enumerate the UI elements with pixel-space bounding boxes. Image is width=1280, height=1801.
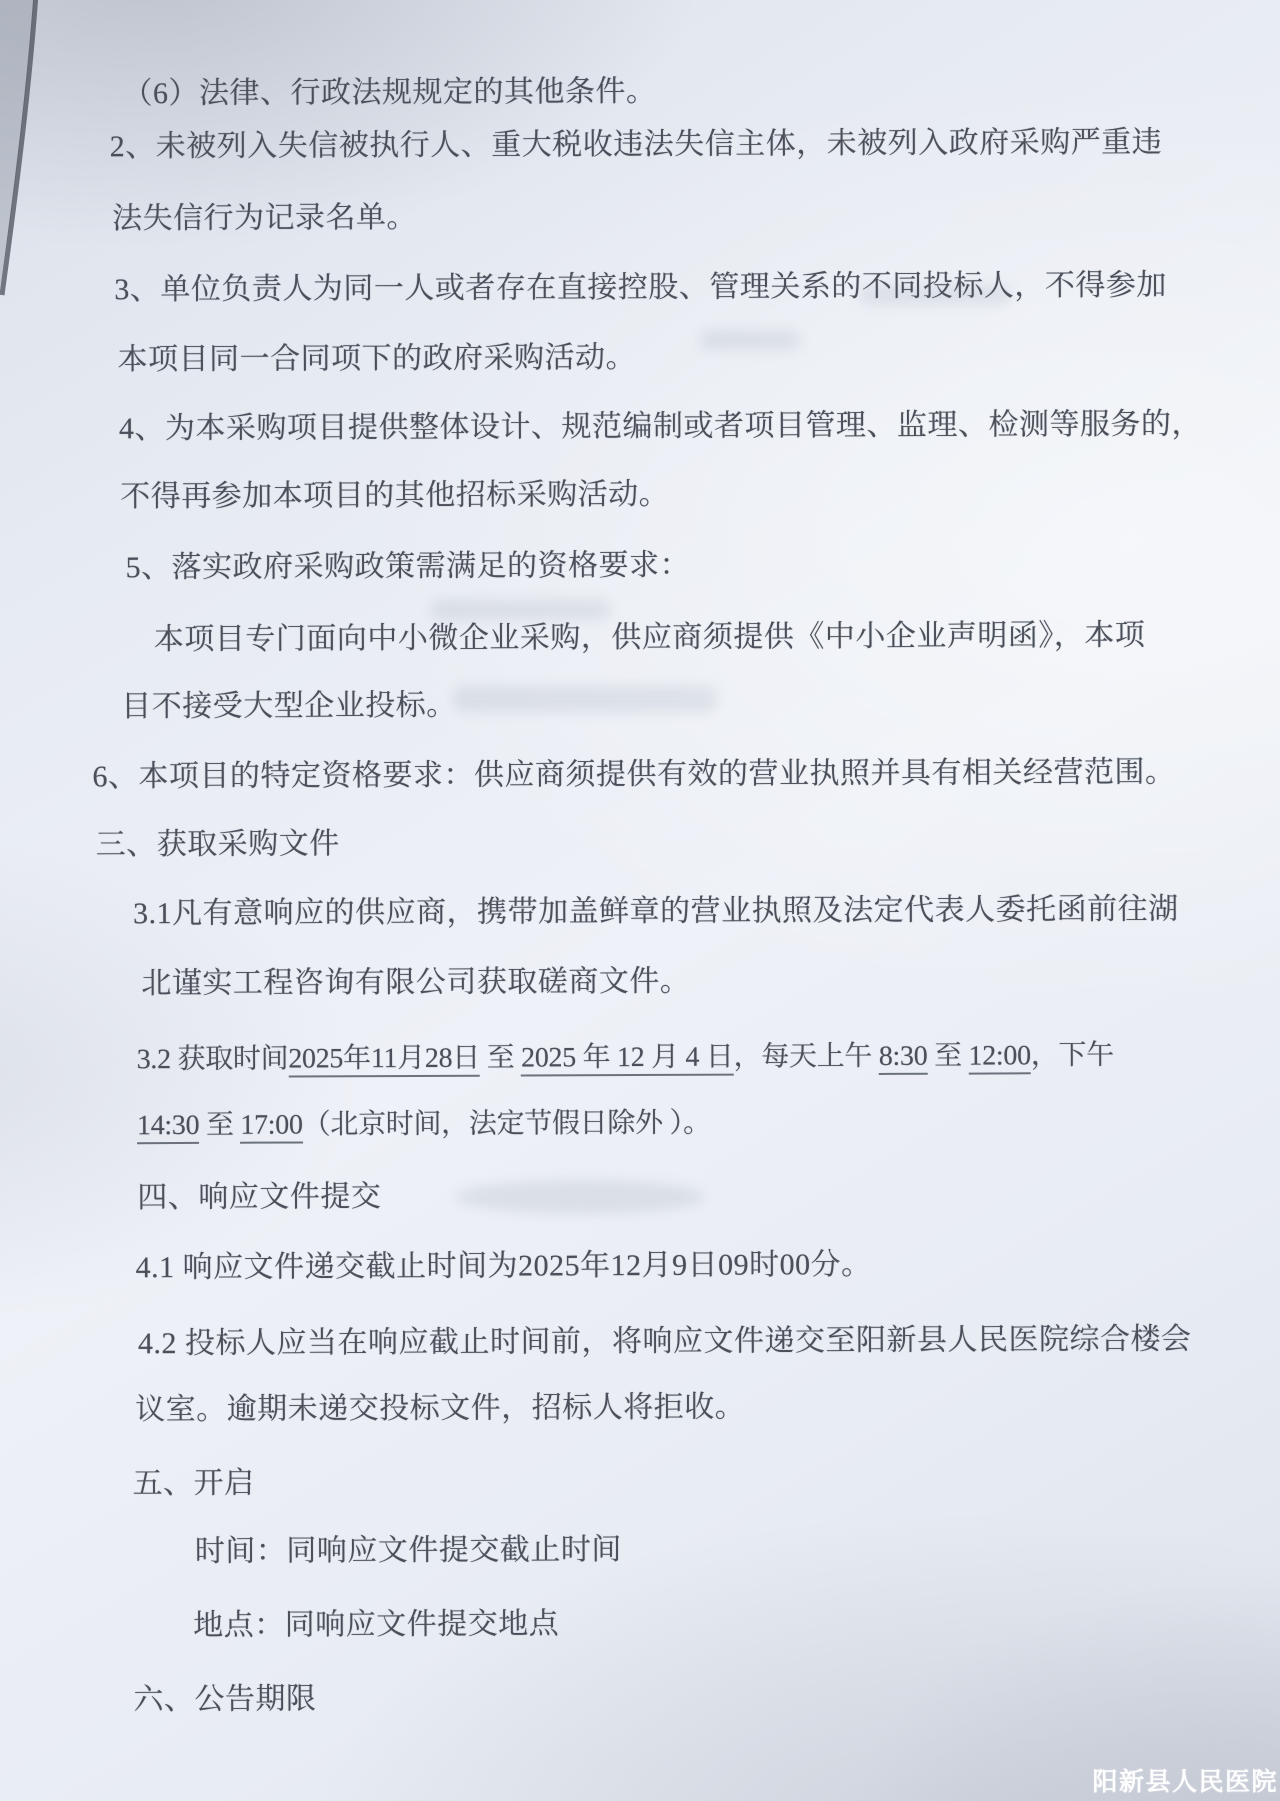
underlined-text: 14:30 (137, 1110, 199, 1144)
text-line-23: 地点：同响应文件提交地点 (193, 1603, 559, 1647)
hospital-watermark: 阳新县人民医院 (1092, 1762, 1278, 1798)
text-line-4: 3、单位负责人为同一人或者存在直接控股、管理关系的不同投标人，不得参加 (114, 265, 1167, 312)
text-line-9: 本项目专门面向中小微企业采购，供应商须提供《中小企业声明函》，本项 (154, 615, 1146, 661)
underlined-text: 2025 年 12 月 4 日 (521, 1042, 734, 1077)
text-segment: ，下午 (1031, 1040, 1114, 1071)
text-line-13: 3.1凡有意响应的供应商，携带加盖鲜章的营业执照及法定代表人委托函前往湖 (133, 889, 1179, 936)
underlined-text: 12:00 (968, 1040, 1030, 1074)
text-segment: 不得再参加本项目的其他招标采购活动。 (120, 478, 669, 513)
text-segment: 4、为本采购项目提供整体设计、规范编制或者项目管理、监理、检测等服务的， (119, 408, 1202, 446)
text-segment: 至 (927, 1041, 968, 1072)
text-segment: 3.1凡有意响应的供应商，携带加盖鲜章的营业执照及法定代表人委托函前往湖 (133, 893, 1179, 931)
text-segment: 地点：同响应文件提交地点 (193, 1607, 559, 1642)
text-segment: 4.1 响应文件递交截止时间为2025年12月9日09时00分。 (136, 1248, 872, 1284)
text-segment: 北谨实工程咨询有限公司获取磋商文件。 (141, 965, 690, 1000)
text-segment: （北京时间，法定节假日除外 ）。 (303, 1108, 711, 1141)
text-line-5: 本项目同一合同项下的政府采购活动。 (118, 337, 637, 381)
text-line-17: 四、响应文件提交 (137, 1176, 381, 1219)
text-segment: 3、单位负责人为同一人或者存在直接控股、管理关系的不同投标人，不得参加 (114, 269, 1167, 307)
text-line-24: 六、公告期限 (133, 1678, 316, 1721)
text-line-15: 3.2 获取时间2025年11月28日 至 2025 年 12 月 4 日，每天… (137, 1035, 1114, 1081)
text-line-21: 五、开启 (132, 1463, 254, 1506)
text-line-16: 14:30 至 17:00（北京时间，法定节假日除外 ）。 (137, 1103, 711, 1148)
underlined-text: 17:00 (240, 1109, 302, 1143)
text-segment: 6、本项目的特定资格要求：供应商须提供有效的营业执照并具有相关经营范围。 (92, 756, 1175, 794)
text-line-7: 不得再参加本项目的其他招标采购活动。 (120, 474, 669, 518)
underlined-text: 8:30 (879, 1041, 928, 1075)
text-segment: 时间：同响应文件提交截止时间 (195, 1533, 622, 1568)
text-segment: 至 (199, 1110, 240, 1141)
text-line-22: 时间：同响应文件提交截止时间 (195, 1529, 622, 1573)
text-segment: ，每天上午 (734, 1041, 879, 1073)
text-segment: 5、落实政府采购政策需满足的资格要求： (125, 549, 690, 584)
text-segment: 至 (480, 1043, 521, 1074)
text-line-12: 三、获取采购文件 (96, 823, 340, 866)
text-line-14: 北谨实工程咨询有限公司获取磋商文件。 (141, 961, 690, 1005)
text-line-20: 议室。逾期未递交投标文件，招标人将拒收。 (135, 1387, 745, 1432)
text-segment: 法失信行为记录名单。 (112, 201, 417, 235)
text-line-1: （6）法律、行政法规规定的其他条件。 (122, 71, 656, 115)
text-segment: 四、响应文件提交 (137, 1180, 381, 1214)
text-line-11: 6、本项目的特定资格要求：供应商须提供有效的营业执照并具有相关经营范围。 (92, 752, 1175, 799)
text-line-10: 目不接受大型企业投标。 (121, 685, 457, 728)
text-segment: 五、开启 (132, 1467, 254, 1501)
text-line-6: 4、为本采购项目提供整体设计、规范编制或者项目管理、监理、检测等服务的， (119, 404, 1202, 451)
text-segment: 3.2 获取时间 (137, 1044, 289, 1076)
text-segment: 本项目专门面向中小微企业采购，供应商须提供《中小企业声明函》，本项 (154, 619, 1146, 656)
text-segment: 六、公告期限 (133, 1682, 316, 1716)
text-segment: 4.2 投标人应当在响应截止时间前，将响应文件递交至阳新县人民医院综合楼会 (138, 1323, 1192, 1361)
text-segment: （6）法律、行政法规规定的其他条件。 (122, 75, 656, 110)
text-line-18: 4.1 响应文件递交截止时间为2025年12月9日09时00分。 (136, 1244, 872, 1289)
text-line-8: 5、落实政府采购政策需满足的资格要求： (125, 545, 690, 589)
text-line-2: 2、未被列入失信被执行人、重大税收违法失信主体，未被列入政府采购严重违 (110, 122, 1163, 169)
text-line-3: 法失信行为记录名单。 (112, 197, 417, 240)
underlined-text: 2025年11月28日 (288, 1043, 480, 1078)
text-segment: 本项目同一合同项下的政府采购活动。 (118, 341, 637, 376)
text-line-19: 4.2 投标人应当在响应截止时间前，将响应文件递交至阳新县人民医院综合楼会 (138, 1319, 1192, 1366)
document-text-layer: （6）法律、行政法规规定的其他条件。2、未被列入失信被执行人、重大税收违法失信主… (0, 0, 1280, 1801)
text-segment: 2、未被列入失信被执行人、重大税收违法失信主体，未被列入政府采购严重违 (110, 126, 1163, 164)
text-segment: 议室。逾期未递交投标文件，招标人将拒收。 (135, 1391, 745, 1427)
text-segment: 三、获取采购文件 (96, 827, 340, 861)
text-segment: 目不接受大型企业投标。 (121, 689, 457, 723)
